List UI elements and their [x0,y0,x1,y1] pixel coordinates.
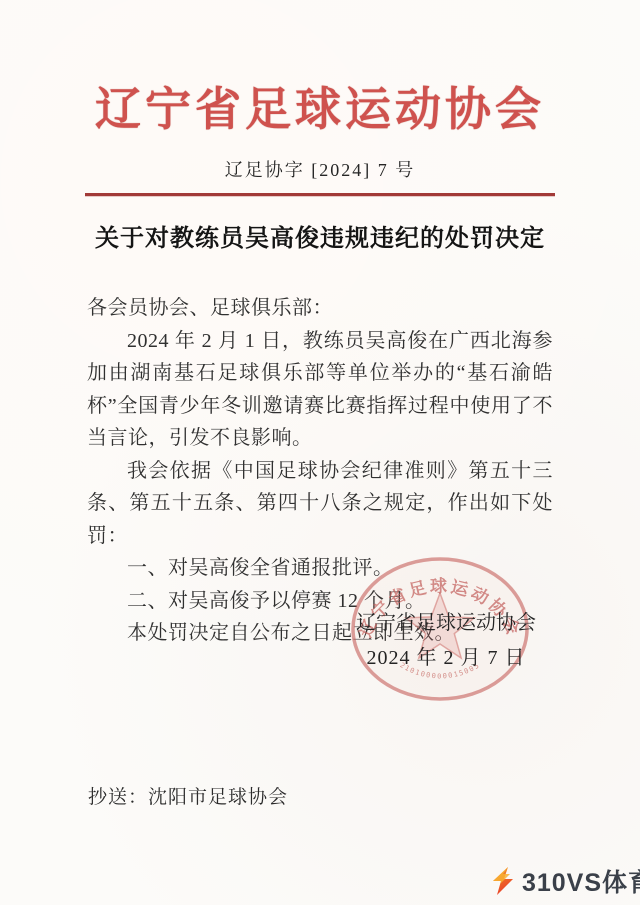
body-paragraph-1: 2024 年 2 月 1 日，教练员吴高俊在广西北海参加由湖南基石足球俱乐部等单… [87,325,553,455]
letterhead-divider [85,193,555,196]
cc-line: 抄送：沈阳市足球协会 [88,782,288,809]
body-paragraph-2: 我会依据《中国足球协会纪律准则》第五十三条、第五十五条、第四十八条之规定，作出如… [87,455,553,553]
signature-block: 辽宁省足球运动协会 2024 年 2 月 7 日 [356,610,536,671]
letterhead-org-title: 辽宁省足球运动协会 [0,0,640,137]
document-page: 辽宁省足球运动协会 辽足协字 [2024] 7 号 关于对教练员吴高俊违规违纪的… [0,0,640,905]
document-number: 辽足协字 [2024] 7 号 [0,159,640,181]
310vs-logo-icon [489,866,517,896]
watermark-text: 310VS体育 [522,863,640,899]
signature-org: 辽宁省足球运动协会 [356,610,536,636]
document-heading: 关于对教练员吴高俊违规违纪的处罚决定 [0,222,640,256]
watermark: 310VS体育 [489,863,640,899]
salutation-line: 各会员协会、足球俱乐部： [87,292,553,325]
signature-date: 2024 年 2 月 7 日 [356,645,536,671]
